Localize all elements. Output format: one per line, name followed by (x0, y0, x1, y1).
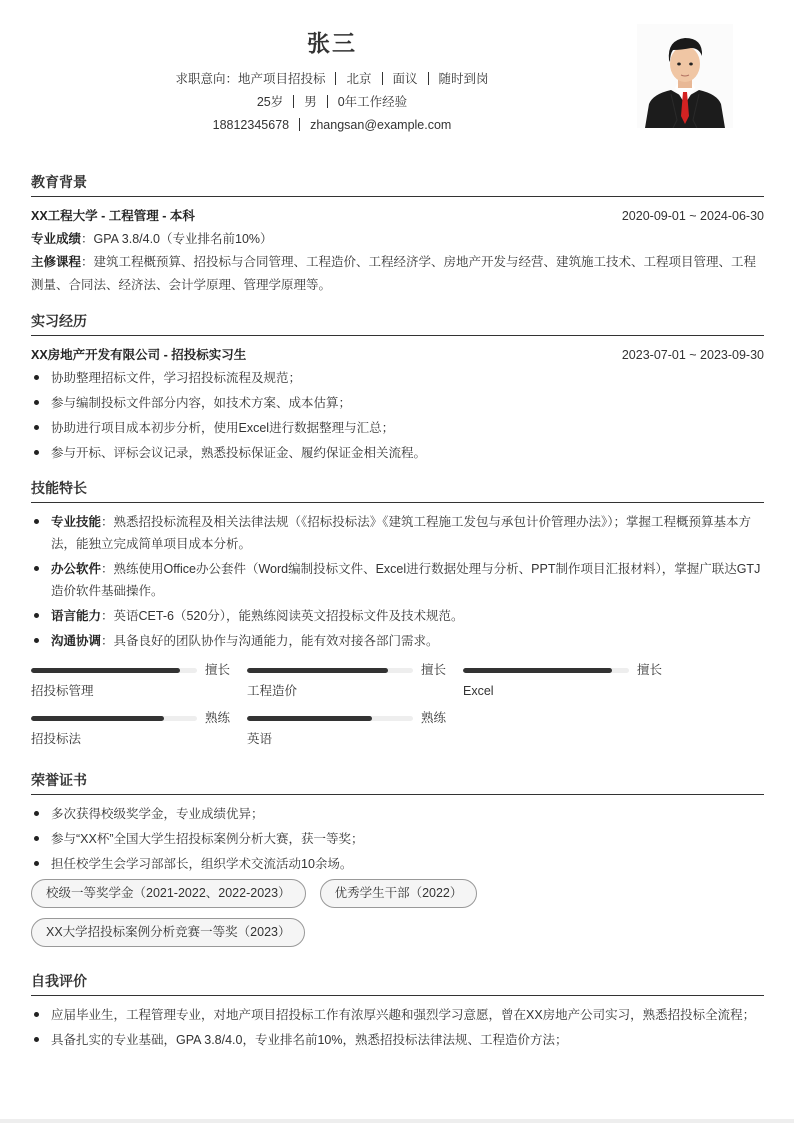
list-item: 语言能力：英语CET-6（520分），能熟练阅读英文招投标文件及技术规范。 (31, 605, 764, 627)
gpa-value: ：GPA 3.8/4.0（专业排名前10%） (81, 232, 273, 246)
self-evaluation-bullets: 应届毕业生，工程管理专业，对地产项目招投标工作有浓厚兴趣和强烈学习意愿，曾在XX… (31, 1004, 764, 1051)
list-item: 专业技能：熟悉招投标流程及相关法律法规（《招标投标法》《建筑工程施工发包与承包计… (31, 511, 764, 555)
phone: 18812345678 (213, 118, 289, 132)
gender: 男 (304, 95, 317, 109)
honors-bullets: 多次获得校级奖学金，专业成绩优异； 参与“XX杯”全国大学生招投标案例分析大赛，… (31, 803, 764, 875)
company-role: XX房地产开发有限公司 - 招投标实习生 (31, 344, 246, 367)
skill-progress-fill (31, 716, 164, 721)
gpa-line: 专业成绩：GPA 3.8/4.0（专业排名前10%） (31, 228, 764, 251)
courses-label: 主修课程 (31, 255, 81, 269)
honors-section: 荣誉证书 多次获得校级奖学金，专业成绩优异； 参与“XX杯”全国大学生招投标案例… (31, 766, 764, 957)
contact-line: 18812345678zhangsan@example.com (0, 114, 664, 137)
skill-text: ：具备良好的团队协作与沟通能力，能有效对接各部门需求。 (101, 634, 439, 648)
skill-bar-item: 擅长 工程造价 (247, 660, 463, 702)
list-item: 具备扎实的专业基础，GPA 3.8/4.0，专业排名前10%，熟悉招投标法律法规… (31, 1029, 764, 1051)
list-item: 担任校学生会学习部部长，组织学术交流活动10余场。 (31, 853, 764, 875)
skill-progress-fill (247, 668, 388, 673)
divider (299, 118, 300, 131)
profile-photo (637, 24, 733, 128)
list-item: 办公软件：熟练使用Office办公套件（Word编制投标文件、Excel进行数据… (31, 558, 764, 602)
skill-text: ：英语CET-6（520分），能熟练阅读英文招投标文件及技术规范。 (101, 609, 464, 623)
skill-bars: 擅长 招投标管理 擅长 工程造价 擅长 Excel 熟练 招投标法 熟练 英 (31, 660, 764, 756)
divider (293, 95, 294, 108)
skill-progress-track (31, 716, 197, 721)
section-title: 技能特长 (31, 474, 764, 503)
honor-tag: XX大学招投标案例分析竞赛一等奖（2023） (31, 918, 305, 947)
internship-dates: 2023-07-01 ~ 2023-09-30 (622, 344, 764, 367)
skills-bullets: 专业技能：熟悉招投标流程及相关法律法规（《招标投标法》《建筑工程施工发包与承包计… (31, 511, 764, 652)
education-entry-header: XX工程大学 - 工程管理 - 本科 2020-09-01 ~ 2024-06-… (31, 205, 764, 228)
list-item: 协助整理招标文件，学习招投标流程及规范； (31, 367, 764, 389)
education-section: 教育背景 XX工程大学 - 工程管理 - 本科 2020-09-01 ~ 202… (31, 168, 764, 297)
job-intent-line: 求职意向：地产项目招投标北京面议随时到岗 (0, 68, 664, 91)
skill-bar-item: 擅长 Excel (463, 660, 679, 702)
divider (335, 72, 336, 85)
skill-name: 招投标法 (31, 728, 247, 750)
age: 25岁 (257, 95, 283, 109)
skill-progress-fill (463, 668, 612, 673)
section-title: 实习经历 (31, 307, 764, 336)
skill-name: Excel (463, 680, 679, 702)
list-item: 参与开标、评标会议记录，熟悉投标保证金、履约保证金相关流程。 (31, 442, 764, 464)
candidate-name: 张三 (0, 26, 664, 60)
skill-bar-item: 熟练 英语 (247, 708, 463, 750)
availability: 随时到岗 (439, 72, 489, 86)
skill-label: 沟通协调 (51, 634, 101, 648)
skill-progress-track (247, 716, 413, 721)
skill-progress-track (463, 668, 629, 673)
list-item: 参与编制投标文件部分内容，如技术方案、成本估算； (31, 392, 764, 414)
skill-level: 擅长 (205, 660, 230, 680)
skill-level: 擅长 (421, 660, 446, 680)
skill-label: 语言能力 (51, 609, 101, 623)
skill-bar-item: 擅长 招投标管理 (31, 660, 247, 702)
courses-line: 主修课程：建筑工程概预算、招投标与合同管理、工程造价、工程经济学、房地产开发与经… (31, 251, 764, 297)
skill-name: 招投标管理 (31, 680, 247, 702)
section-title: 教育背景 (31, 168, 764, 197)
internship-section: 实习经历 XX房地产开发有限公司 - 招投标实习生 2023-07-01 ~ 2… (31, 307, 764, 464)
skill-progress-track (247, 668, 413, 673)
divider (382, 72, 383, 85)
skill-level: 擅长 (637, 660, 662, 680)
list-item: 参与“XX杯”全国大学生招投标案例分析大赛，获一等奖； (31, 828, 764, 850)
skill-text: ：熟悉招投标流程及相关法律法规（《招标投标法》《建筑工程施工发包与承包计价管理办… (51, 515, 751, 551)
salary: 面议 (393, 72, 418, 86)
skill-name: 英语 (247, 728, 463, 750)
courses-value: ：建筑工程概预算、招投标与合同管理、工程造价、工程经济学、房地产开发与经营、建筑… (31, 255, 756, 292)
skill-text: ：熟练使用Office办公套件（Word编制投标文件、Excel进行数据处理与分… (51, 562, 760, 598)
school-degree: XX工程大学 - 工程管理 - 本科 (31, 205, 195, 228)
skills-section: 技能特长 专业技能：熟悉招投标流程及相关法律法规（《招标投标法》《建筑工程施工发… (31, 474, 764, 756)
avatar-illustration-icon (637, 24, 733, 128)
email: zhangsan@example.com (310, 118, 451, 132)
job-intent: 求职意向：地产项目招投标 (175, 72, 325, 86)
skill-bar-item: 熟练 招投标法 (31, 708, 247, 750)
skill-progress-fill (31, 668, 180, 673)
resume-header: 张三 求职意向：地产项目招投标北京面议随时到岗 25岁男0年工作经验 18812… (0, 26, 664, 137)
skill-progress-track (31, 668, 197, 673)
experience: 0年工作经验 (338, 95, 407, 109)
location: 北京 (346, 72, 371, 86)
honor-tags: 校级一等奖学金（2021-2022、2022-2023） 优秀学生干部（2022… (31, 879, 764, 957)
self-evaluation-section: 自我评价 应届毕业生，工程管理专业，对地产项目招投标工作有浓厚兴趣和强烈学习意愿… (31, 967, 764, 1051)
skill-name: 工程造价 (247, 680, 463, 702)
section-title: 自我评价 (31, 967, 764, 996)
honor-tag: 优秀学生干部（2022） (320, 879, 478, 908)
honor-tag: 校级一等奖学金（2021-2022、2022-2023） (31, 879, 306, 908)
list-item: 沟通协调：具备良好的团队协作与沟通能力，能有效对接各部门需求。 (31, 630, 764, 652)
internship-entry-header: XX房地产开发有限公司 - 招投标实习生 2023-07-01 ~ 2023-0… (31, 344, 764, 367)
skill-label: 办公软件 (51, 562, 101, 576)
list-item: 应届毕业生，工程管理专业，对地产项目招投标工作有浓厚兴趣和强烈学习意愿，曾在XX… (31, 1004, 764, 1026)
section-title: 荣誉证书 (31, 766, 764, 795)
personal-line: 25岁男0年工作经验 (0, 91, 664, 114)
list-item: 协助进行项目成本初步分析，使用Excel进行数据整理与汇总； (31, 417, 764, 439)
skill-progress-fill (247, 716, 372, 721)
gpa-label: 专业成绩 (31, 232, 81, 246)
skill-label: 专业技能 (51, 515, 101, 529)
divider (428, 72, 429, 85)
resume-content: 教育背景 XX工程大学 - 工程管理 - 本科 2020-09-01 ~ 202… (31, 168, 764, 1061)
list-item: 多次获得校级奖学金，专业成绩优异； (31, 803, 764, 825)
skill-level: 熟练 (421, 708, 446, 728)
skill-level: 熟练 (205, 708, 230, 728)
divider (327, 95, 328, 108)
education-dates: 2020-09-01 ~ 2024-06-30 (622, 205, 764, 228)
resume-page: 张三 求职意向：地产项目招投标北京面议随时到岗 25岁男0年工作经验 18812… (0, 0, 794, 1123)
internship-bullets: 协助整理招标文件，学习招投标流程及规范； 参与编制投标文件部分内容，如技术方案、… (31, 367, 764, 464)
